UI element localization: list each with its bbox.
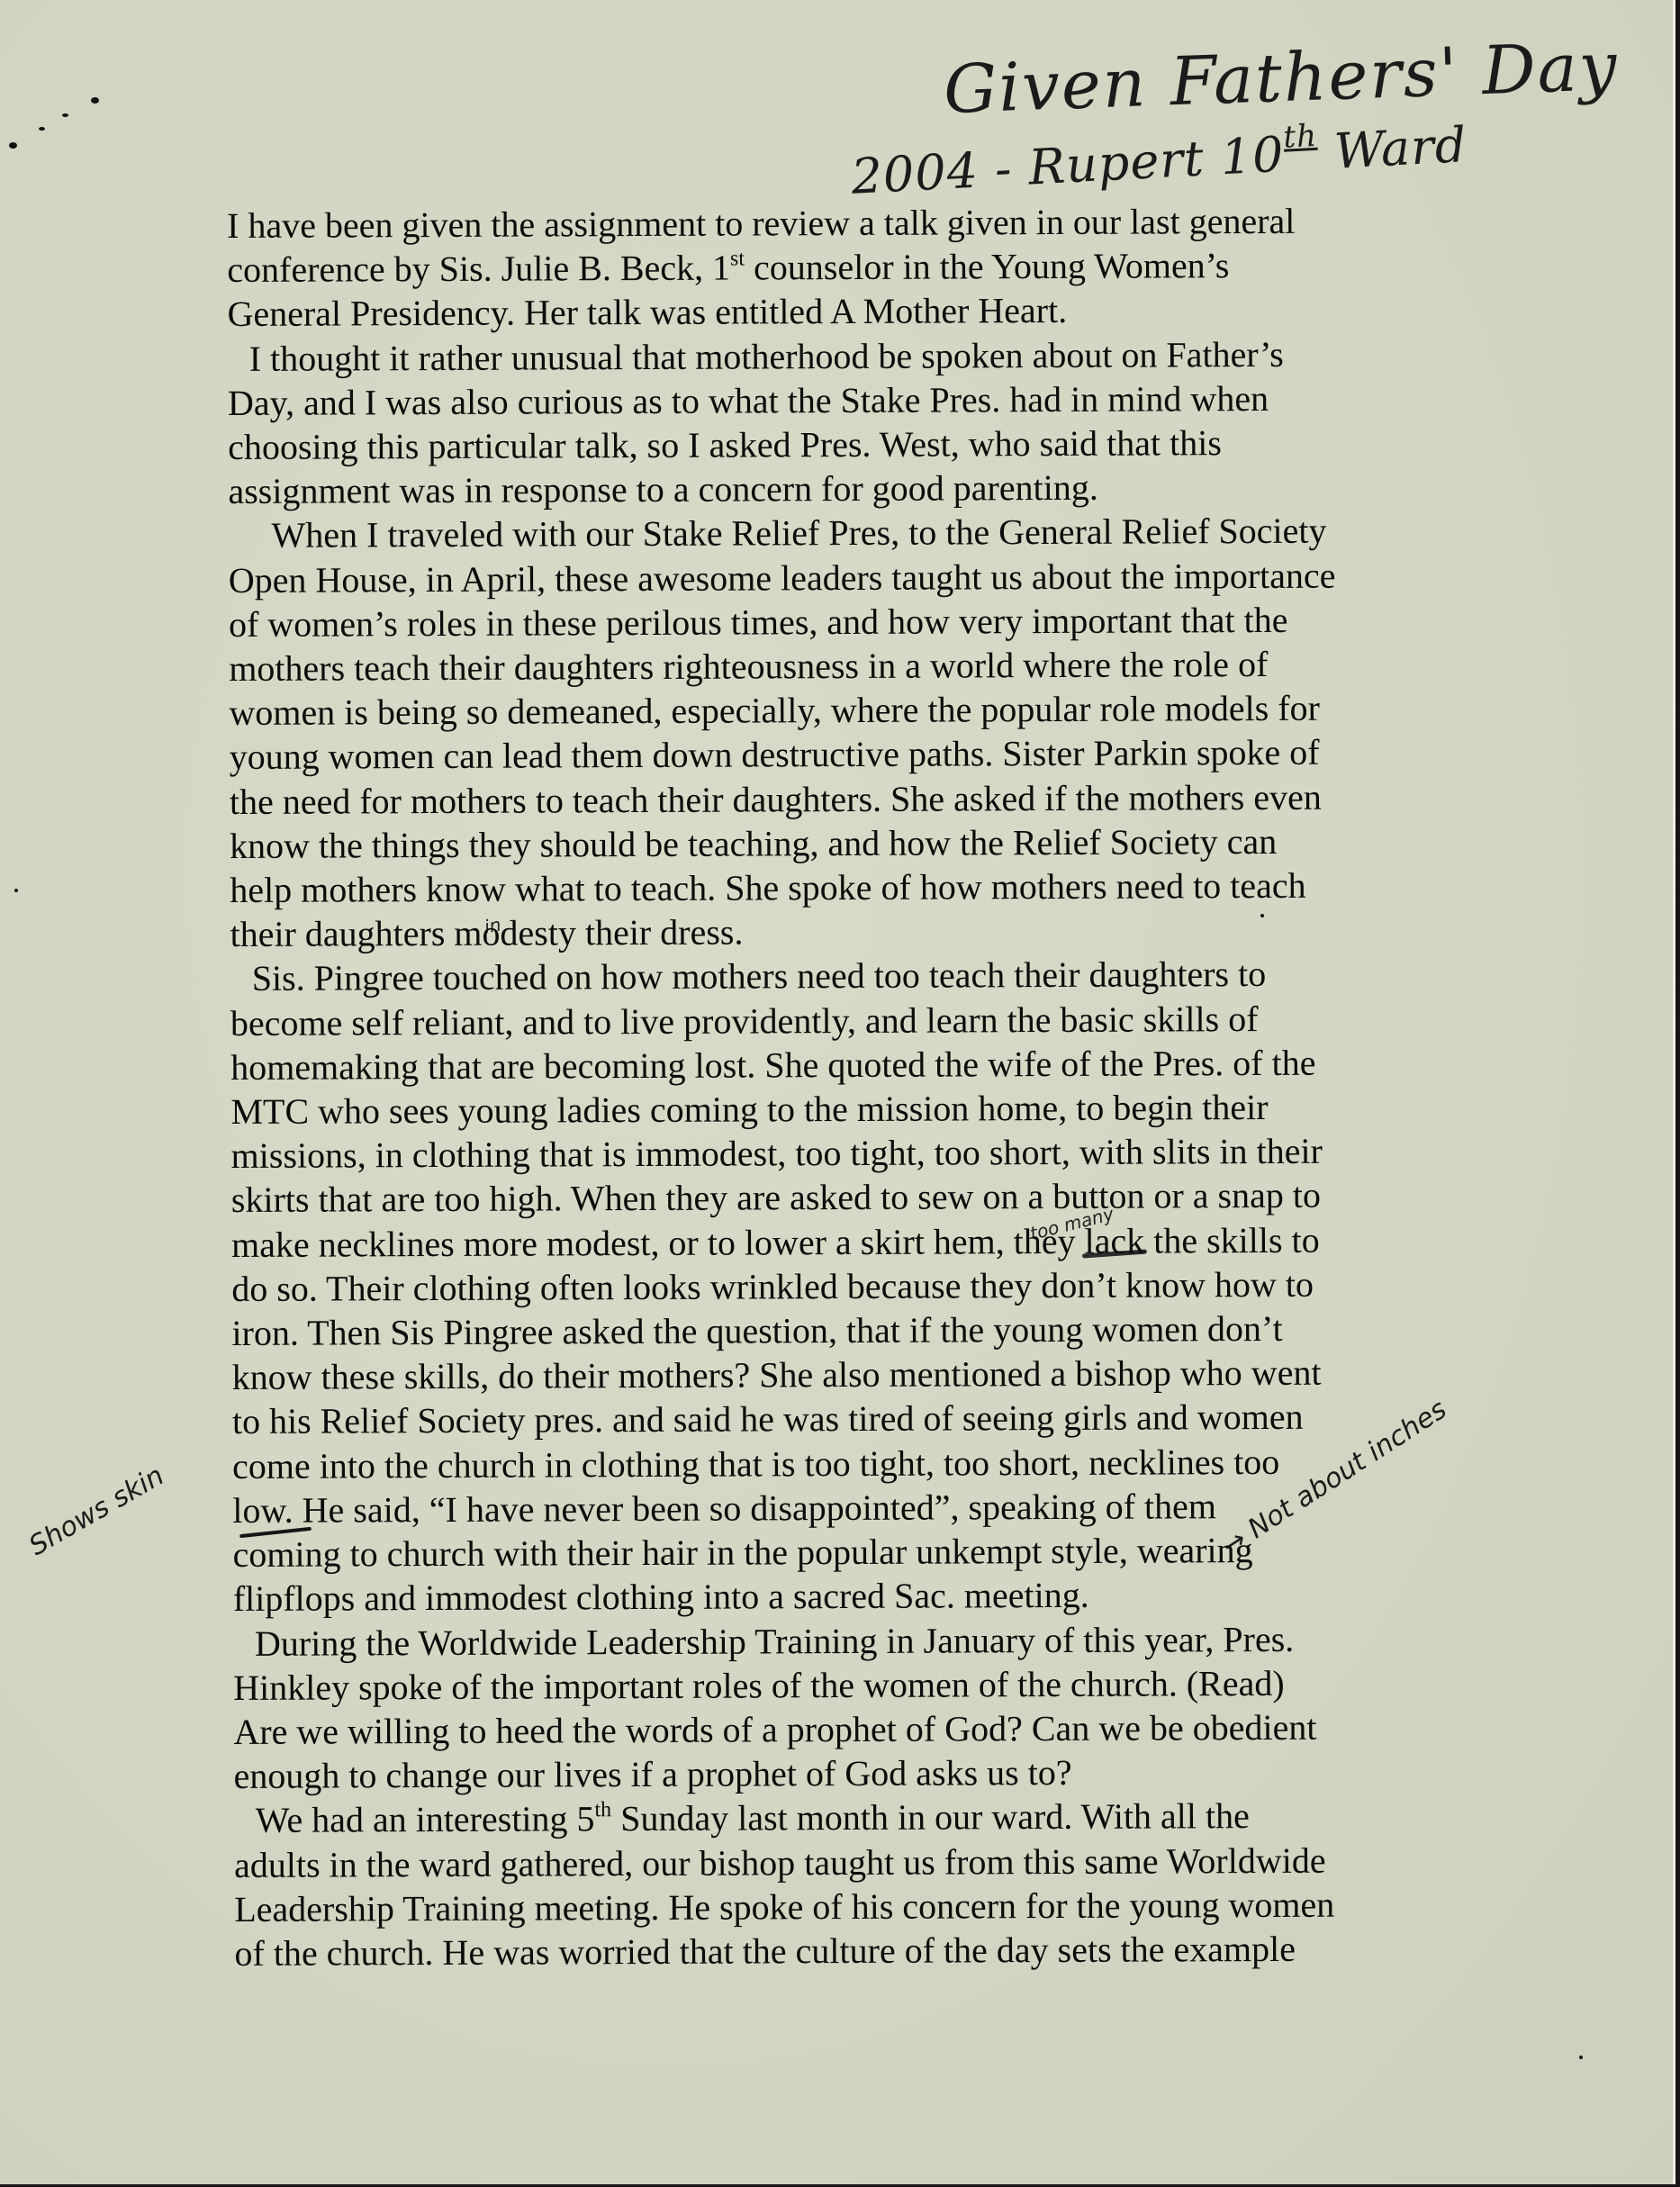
text-line: missions, in clothing that is immodest, … xyxy=(231,1128,1510,1178)
text-line: know the things they should be teaching,… xyxy=(230,818,1508,868)
text-line: women is being so demeaned, especially, … xyxy=(229,685,1507,735)
text-line: skirts that are too high. When they are … xyxy=(231,1172,1510,1222)
text-segment: conference by Sis. Julie B. Beck, 1 xyxy=(227,248,730,290)
text-line: choosing this particular talk, so I aske… xyxy=(228,420,1506,469)
text-line: mothers teach their daughters righteousn… xyxy=(229,641,1507,691)
text-line: I thought it rather unusual that motherh… xyxy=(228,330,1506,380)
text-line: of the church. He was worried that the c… xyxy=(234,1926,1513,1975)
text-line: become self reliant, and to live provide… xyxy=(230,995,1509,1044)
text-line: assignment was in response to a concern … xyxy=(228,464,1506,513)
text-line: flipflops and immodest clothing into a s… xyxy=(233,1571,1512,1621)
handwritten-header-line1: Given Fathers' Day xyxy=(943,28,1620,129)
text-line: coming to church with their hair in the … xyxy=(232,1527,1511,1577)
text-line: adults in the ward gathered, our bishop … xyxy=(234,1837,1513,1886)
margin-note-shows-skin: Shows skin xyxy=(24,1460,170,1562)
text-line: I have been given the assignment to revi… xyxy=(227,198,1505,248)
text-line: low. He said, “I have never been so disa… xyxy=(232,1483,1511,1532)
ordinal-suffix: th xyxy=(594,1798,611,1821)
text-line: come into the church in clothing that is… xyxy=(232,1438,1511,1487)
text-line: make necklines more modest, or to lower … xyxy=(231,1216,1510,1266)
header-ward-label: Ward xyxy=(1316,116,1468,181)
text-segment: We had an interesting 5 xyxy=(256,1799,595,1841)
text-line: MTC who sees young ladies coming to the … xyxy=(230,1084,1509,1134)
text-line: Hinkley spoke of the important roles of … xyxy=(233,1659,1512,1709)
typed-talk-text: I have been given the assignment to revi… xyxy=(227,198,1513,1975)
text-line: Open House, in April, these awesome lead… xyxy=(229,552,1507,601)
text-line: help mothers know what to teach. She spo… xyxy=(230,863,1508,912)
text-line: homemaking that are becoming lost. She q… xyxy=(230,1040,1509,1089)
text-line: When I traveled with our Stake Relief Pr… xyxy=(229,508,1507,557)
header-year-ward: 2004 - Rupert 10 xyxy=(850,126,1286,205)
ordinal-suffix: st xyxy=(730,248,745,271)
text-line: of women’s roles in these perilous times… xyxy=(229,597,1507,646)
text-line: enough to change our lives if a prophet … xyxy=(234,1749,1513,1798)
text-line: to his Relief Society pres. and said he … xyxy=(232,1394,1511,1443)
text-line: their daughters modesty their dress. xyxy=(230,907,1508,956)
text-line: Leadership Training meeting. He spoke of… xyxy=(234,1882,1513,1931)
scanned-page: Given Fathers' Day 2004 - Rupert 10th Wa… xyxy=(0,0,1675,2184)
text-line: During the Worldwide Leadership Training… xyxy=(233,1615,1512,1665)
text-segment: Sunday last month in our ward. With all … xyxy=(611,1795,1250,1839)
text-line: the need for mothers to teach their daug… xyxy=(230,773,1508,823)
text-line: We had an interesting 5th Sunday last mo… xyxy=(234,1793,1513,1842)
text-line: conference by Sis. Julie B. Beck, 1st co… xyxy=(227,242,1505,292)
text-line: young women can lead them down destructi… xyxy=(230,729,1508,779)
header-ordinal: th xyxy=(1282,118,1318,156)
text-line: Are we willing to heed the words of a pr… xyxy=(233,1704,1512,1754)
text-line: Day, and I was also curious as to what t… xyxy=(228,375,1506,425)
text-segment: counselor in the Young Women’s xyxy=(745,245,1229,287)
text-line: know these skills, do their mothers? She… xyxy=(232,1350,1511,1399)
handwritten-header-line2: 2004 - Rupert 10th Ward xyxy=(850,110,1468,205)
text-line: Sis. Pingree touched on how mothers need… xyxy=(230,951,1509,1000)
text-line: iron. Then Sis Pingree asked the questio… xyxy=(231,1306,1510,1355)
text-line: do so. Their clothing often looks wrinkl… xyxy=(231,1261,1510,1311)
text-line: General Presidency. Her talk was entitle… xyxy=(227,286,1505,336)
